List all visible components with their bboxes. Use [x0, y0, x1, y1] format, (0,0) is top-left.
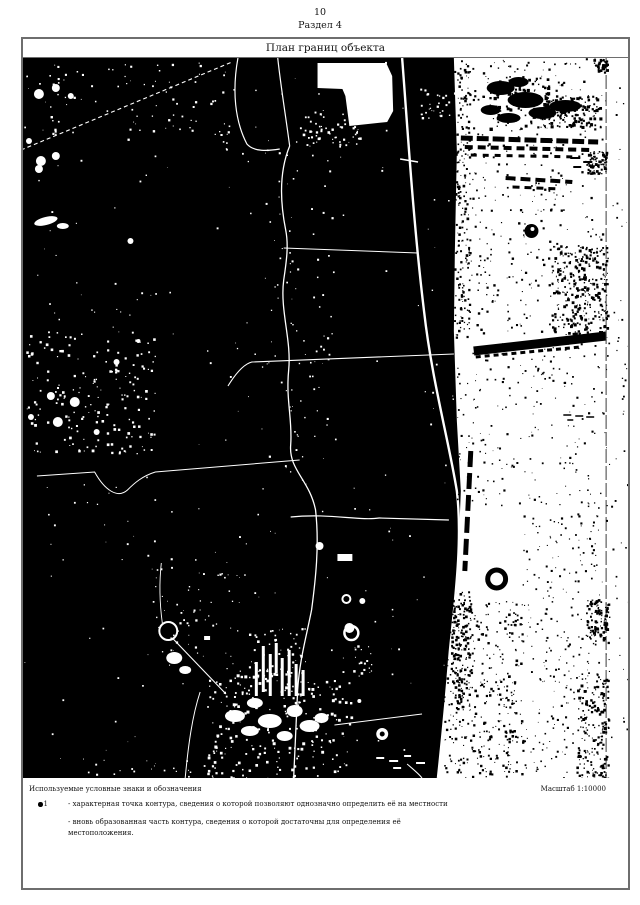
section-title: Раздел 4 — [0, 20, 640, 31]
plan-title: План границ объекта — [23, 39, 628, 58]
legend-item-point: 1 - характерная точка контура, сведения … — [38, 800, 508, 809]
point-symbol-icon — [38, 802, 43, 807]
legend-heading: Используемые условные знаки и обозначени… — [29, 785, 202, 794]
page-number: 10 — [0, 7, 640, 18]
legend: Используемые условные знаки и обозначени… — [23, 778, 628, 888]
aerial-photo — [23, 58, 628, 778]
point-symbol-label: 1 — [44, 800, 48, 809]
boundary-plan-map — [23, 58, 628, 778]
legend-item-contour-text: - вновь образованная часть контура, свед… — [68, 817, 460, 838]
legend-item-point-text: - характерная точка контура, сведения о … — [68, 800, 508, 809]
scale-label: Масштаб 1:10000 — [541, 785, 606, 794]
point-symbol: 1 — [38, 800, 68, 809]
document-page: 10 Раздел 4 План границ объекта — [0, 0, 640, 905]
plan-frame: План границ объекта — [21, 37, 630, 890]
